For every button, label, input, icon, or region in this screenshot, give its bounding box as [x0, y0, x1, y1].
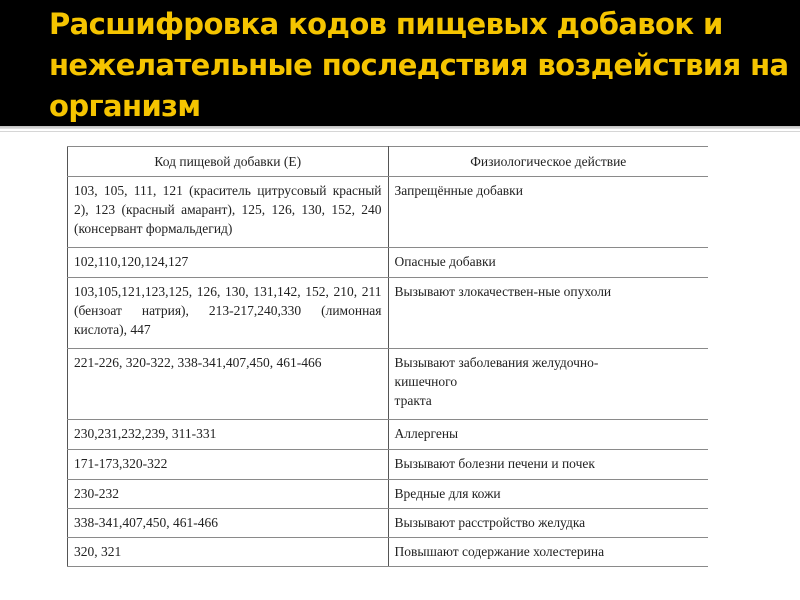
table-row: 171-173,320-322 Вызывают болезни печени …	[68, 450, 709, 480]
table-row: 338-341,407,450, 461-466 Вызывают расстр…	[68, 509, 709, 538]
table-row: 103, 105, 111, 121 (краситель цитрусовый…	[68, 177, 709, 248]
table-row: 230,231,232,239, 311-331 Аллергены	[68, 420, 709, 450]
cell-codes: 221-226, 320-322, 338-341,407,450, 461-4…	[68, 349, 389, 420]
table-row: 102,110,120,124,127 Опасные добавки	[68, 248, 709, 278]
cell-effect: Вредные для кожи	[388, 480, 708, 509]
cell-effect: Вызывают расстройство желудка	[388, 509, 708, 538]
cell-effect: Опасные добавки	[388, 248, 708, 278]
table-row: 230-232 Вредные для кожи	[68, 480, 709, 509]
cell-effect: Вызывают злокачествен-ные опухоли	[388, 278, 708, 349]
header-code: Код пищевой добавки (Е)	[68, 147, 389, 177]
header-effect: Физиологическое действие	[388, 147, 708, 177]
title-divider-shadow	[0, 131, 800, 132]
cell-codes: 338-341,407,450, 461-466	[68, 509, 389, 538]
table-row: 320, 321 Повышают содержание холестерина	[68, 538, 709, 567]
table-header-row: Код пищевой добавки (Е) Физиологическое …	[68, 147, 709, 177]
cell-effect: Вызывают болезни печени и почек	[388, 450, 708, 480]
table-row: 103,105,121,123,125, 126, 130, 131,142, …	[68, 278, 709, 349]
food-additives-table: Код пищевой добавки (Е) Физиологическое …	[67, 146, 708, 567]
cell-codes: 103, 105, 111, 121 (краситель цитрусовый…	[68, 177, 389, 248]
slide-title: Расшифровка кодов пищевых добавок и неже…	[49, 4, 789, 127]
cell-codes: 171-173,320-322	[68, 450, 389, 480]
cell-codes: 103,105,121,123,125, 126, 130, 131,142, …	[68, 278, 389, 349]
cell-codes: 102,110,120,124,127	[68, 248, 389, 278]
title-divider	[0, 126, 800, 129]
table-row: 221-226, 320-322, 338-341,407,450, 461-4…	[68, 349, 709, 420]
cell-effect: Аллергены	[388, 420, 708, 450]
cell-effect: Запрещённые добавки	[388, 177, 708, 248]
cell-codes: 230-232	[68, 480, 389, 509]
cell-effect: Вызывают заболевания желудочно- кишечног…	[388, 349, 708, 420]
cell-codes: 230,231,232,239, 311-331	[68, 420, 389, 450]
cell-effect: Повышают содержание холестерина	[388, 538, 708, 567]
cell-codes: 320, 321	[68, 538, 389, 567]
